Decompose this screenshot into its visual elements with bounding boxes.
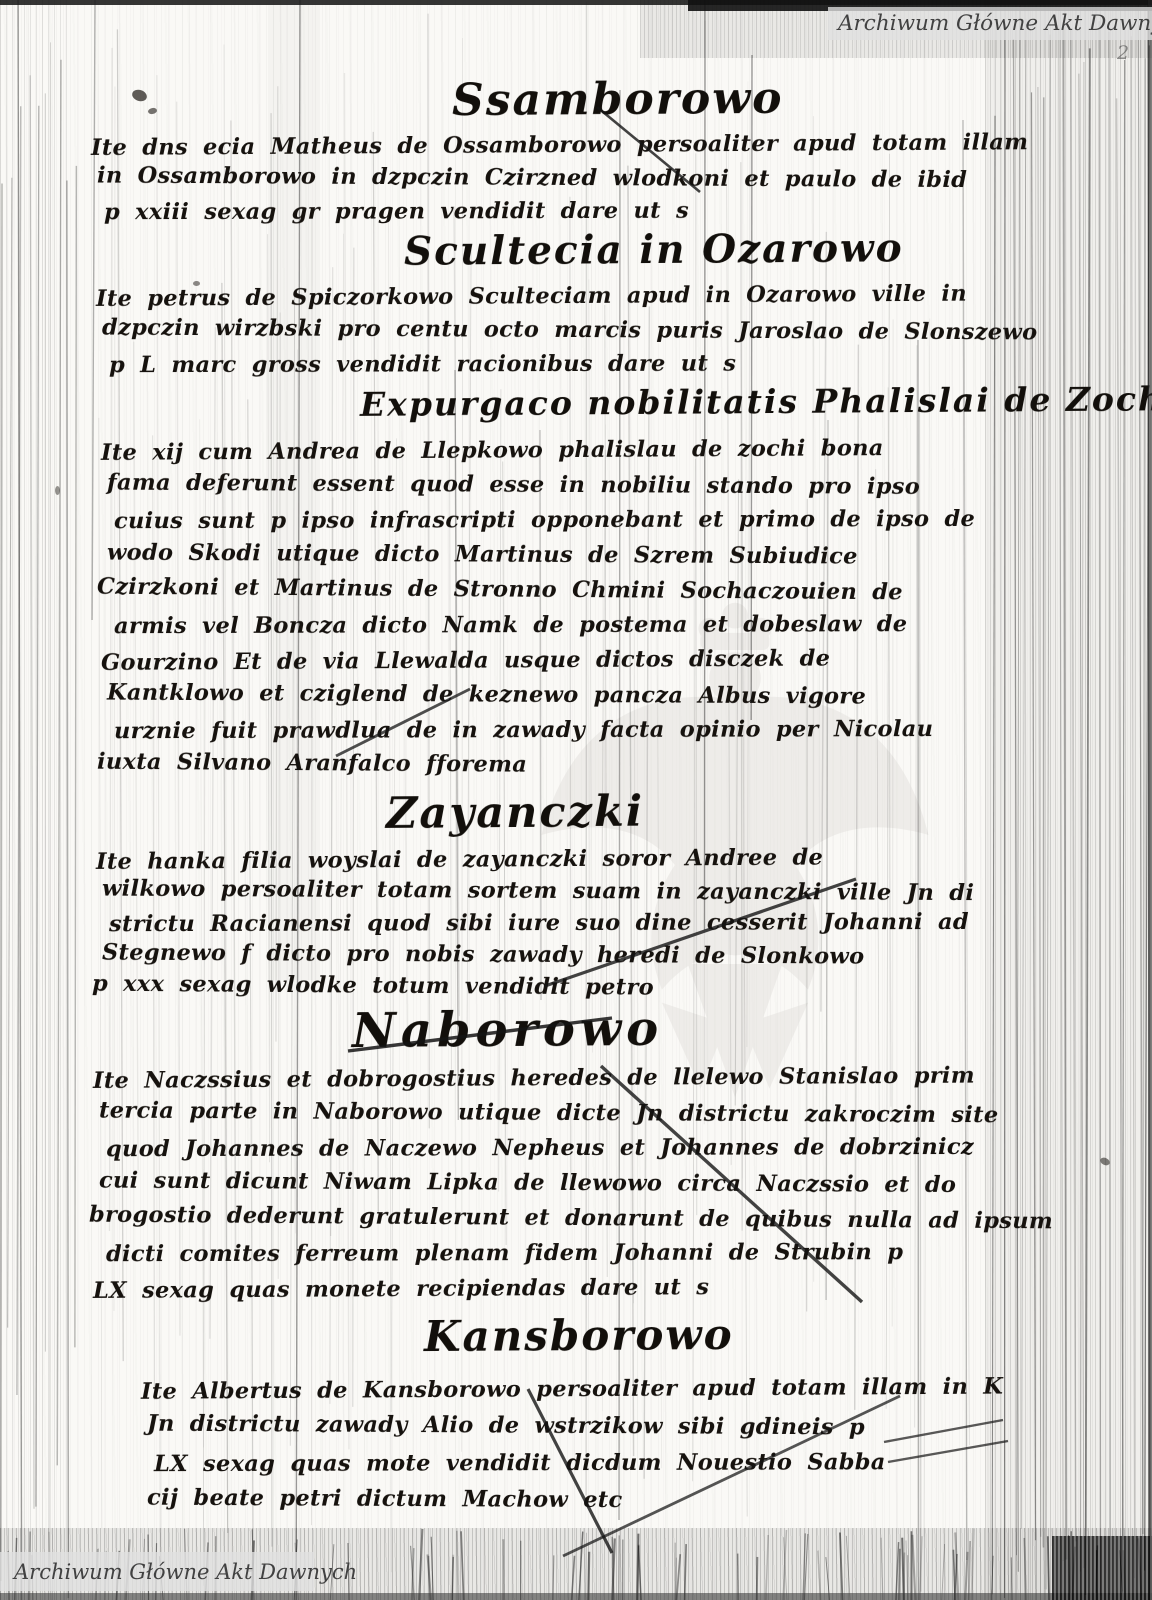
ink-blot	[1099, 1156, 1111, 1167]
manuscript-line: tercia parte in Naborowo utique dicte Jn…	[99, 1094, 1064, 1134]
section-heading-zayanczki: Zayanczki	[386, 787, 644, 839]
watermark-text: Archiwum Główne Akt Dawnych	[838, 11, 1152, 36]
manuscript-line: urznie fuit prawdlua de in zawady facta …	[114, 712, 1064, 749]
manuscript-line: Ite dns ecia Matheus de Ossamborowo pers…	[91, 126, 1061, 165]
scan-dark-corner-bottom-right	[1052, 1536, 1152, 1600]
manuscript-line: armis vel Boncza dicto Namk de postema e…	[114, 607, 1064, 644]
manuscript-line: in Ossamborowo in dzpczin Czirzned wlodk…	[97, 159, 1067, 197]
manuscript-line: dzpczin wirzbski pro centu octo marcis p…	[102, 311, 1062, 350]
scanned-manuscript-page: Ssamborowo Ite dns ecia Matheus de Ossam…	[0, 0, 1152, 1600]
manuscript-line: strictu Racianensi quod sibi iure suo di…	[109, 906, 1064, 941]
manuscript-line: Gourzino Et de via Llewalda usque dictos…	[101, 640, 1051, 681]
manuscript-line: wilkowo persoaliter totam sortem suam in…	[102, 873, 1057, 910]
manuscript-line: dicti comites ferreum plenam fidem Johan…	[106, 1235, 1071, 1273]
section-heading-ssamborowo: Ssamborowo	[452, 73, 784, 126]
scan-noise-right-lane	[985, 0, 1152, 1600]
manuscript-line: cui sunt dicunt Niwam Lipka de llewowo c…	[99, 1164, 1064, 1204]
manuscript-line: brogostio dederunt gratulerunt et donaru…	[89, 1198, 1054, 1240]
manuscript-line: fama deferunt essent quod esse in nobili…	[107, 466, 1057, 506]
ink-blot	[147, 107, 157, 115]
manuscript-line: Czirzkoni et Martinus de Stronno Chmini …	[97, 570, 1047, 612]
section-paragraph-naborowo: Ite Naczssius et dobrogostius heredes de…	[92, 1061, 1057, 1306]
manuscript-line: Ite Naczssius et dobrogostius heredes de…	[93, 1058, 1058, 1099]
section-paragraph-kansborowo: Ite Albertus de Kansborowo persoaliter a…	[140, 1371, 1060, 1519]
folio-number-mark: 2	[1117, 42, 1129, 64]
watermark-band-top-right: Archiwum Główne Akt Dawnych	[828, 7, 1152, 40]
manuscript-line: LX sexag quas monete recipiendas dare ut…	[93, 1268, 1058, 1309]
section-paragraph-ssamborowo: Ite dns ecia Matheus de Ossamborowo pers…	[90, 129, 1060, 228]
manuscript-line: Jn districtu zawady Alio de wstrzikow si…	[147, 1406, 1067, 1448]
section-heading-naborowo: Naborowo	[352, 1001, 664, 1059]
section-heading-scultecia-ozarowo: Scultecia in Ozarowo	[404, 225, 904, 274]
watermark-band-bottom-left: Archiwum Główne Akt Dawnych	[0, 1552, 314, 1591]
manuscript-line: Kantklowo et cziglend de keznewo pancza …	[107, 676, 1057, 716]
section-paragraph-scultecia-ozarowo: Ite petrus de Spiczorkowo Sculteciam apu…	[95, 279, 1055, 381]
watermark-text: Archiwum Główne Akt Dawnych	[14, 1560, 357, 1584]
scan-edge-bottom	[0, 1593, 1152, 1600]
manuscript-line: Ite hanka filia woyslai de zayanczki sor…	[96, 840, 1051, 878]
manuscript-line: cuius sunt p ipso infrascripti opponeban…	[114, 502, 1064, 539]
manuscript-line: p L marc gross vendidit racionibus dare …	[109, 346, 1069, 383]
section-heading-kansborowo: Kansborowo	[424, 1310, 734, 1361]
ink-blot	[55, 486, 60, 495]
section-heading-expurgacio: Expurgaco nobilitatis Phalislai de Zochy	[360, 379, 1152, 424]
manuscript-line: Ite xij cum Andrea de Llepkowo phalislau…	[101, 430, 1051, 471]
manuscript-line: LX sexag quas mote vendidit dicdum Noues…	[154, 1444, 1074, 1483]
manuscript-line: p xxiii sexag gr pragen vendidit dare ut…	[104, 194, 1074, 230]
manuscript-line: cij beate petri dictum Machow etc	[147, 1480, 1067, 1522]
manuscript-line: wodo Skodi utique dicto Martinus de Szre…	[107, 536, 1057, 576]
scan-edge-right	[1148, 0, 1152, 1600]
scan-noise-left-edge	[0, 0, 72, 1600]
ink-blot	[131, 88, 149, 103]
section-paragraph-expurgacio: Ite xij cum Andrea de Llepkowo phalislau…	[100, 433, 1050, 783]
manuscript-line: p xxx sexag wlodke totum vendidit petro	[92, 968, 1047, 1007]
manuscript-line: quod Johannes de Naczewo Nepheus et Joha…	[106, 1130, 1071, 1168]
manuscript-line: Ite Albertus de Kansborowo persoaliter a…	[141, 1368, 1061, 1411]
manuscript-line: iuxta Silvano Aranfalco fforema	[97, 745, 1047, 787]
manuscript-line: Ite petrus de Spiczorkowo Sculteciam apu…	[96, 276, 1056, 316]
section-paragraph-zayanczki: Ite hanka filia woyslai de zayanczki sor…	[95, 843, 1050, 1003]
